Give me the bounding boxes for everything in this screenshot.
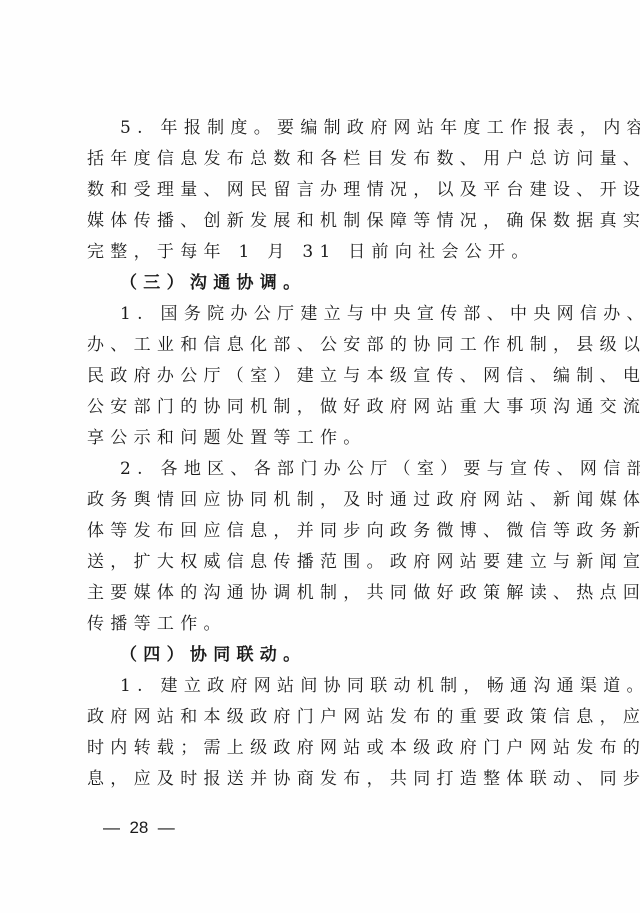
paragraph-4-1-line-4: 息，应及时报送并协商发布，共同打造整体联动、同步发声的政	[87, 764, 557, 795]
paragraph-3-1-line-3: 民政府办公厅（室）建立与本级宣传、网信、编制、电信主管和	[87, 361, 557, 392]
page-number: — 28 —	[103, 814, 175, 842]
paragraph-3-2-line-2: 政务舆情回应协同机制，及时通过政府网站、新闻媒体和网络媒	[87, 485, 557, 516]
paragraph-5-annual-report-line-5: 完整，于每年 1 月 31 日前向社会公开。	[87, 237, 557, 268]
paragraph-5-annual-report-line-1: 5. 年报制度。要编制政府网站年度工作报表，内容主要包	[120, 113, 590, 144]
paragraph-3-1-line-4: 公安部门的协同机制，做好政府网站重大事项沟通交流、信息共	[87, 392, 557, 423]
paragraph-4-1-line-3: 时内转载；需上级政府网站或本级政府门户网站发布的重要信	[87, 733, 557, 764]
paragraph-5-annual-report-line-2: 括年度信息发布总数和各栏目发布数、用户总访问量、服务事项	[87, 144, 557, 175]
paragraph-5-annual-report-line-4: 媒体传播、创新发展和机制保障等情况，确保数据真实、准确、	[87, 206, 557, 237]
paragraph-3-2-line-5: 主要媒体的沟通协调机制，共同做好政策解读、热点回应和网站	[87, 578, 557, 609]
document-page: 5. 年报制度。要编制政府网站年度工作报表，内容主要包 括年度信息发布总数和各栏…	[0, 0, 640, 913]
paragraph-3-1-line-5: 享公示和问题处置等工作。	[87, 423, 557, 454]
paragraph-3-2-line-6: 传播等工作。	[87, 609, 557, 640]
paragraph-3-1-line-1: 1. 国务院办公厅建立与中央宣传部、中央网信办、中央编	[120, 299, 590, 330]
paragraph-3-2-line-4: 送，扩大权威信息传播范围。政府网站要建立与新闻宣传部门及	[87, 547, 557, 578]
paragraph-3-2-line-1: 2. 各地区、各部门办公厅（室）要与宣传、网信部门建立	[120, 454, 590, 485]
paragraph-4-1-line-2: 政府网站和本级政府门户网站发布的重要政策信息，应在 12 小	[87, 702, 557, 733]
section-heading-coordination: （四）协同联动。	[120, 640, 590, 671]
section-heading-communication: （三）沟通协调。	[120, 268, 590, 299]
paragraph-5-annual-report-line-3: 数和受理量、网民留言办理情况，以及平台建设、开设专题、新	[87, 175, 557, 206]
paragraph-4-1-line-1: 1. 建立政府网站间协同联动机制，畅通沟通渠道。对上级	[120, 671, 590, 702]
paragraph-3-2-line-3: 体等发布回应信息，并同步向政务微博、微信等政务新媒体推	[87, 516, 557, 547]
paragraph-3-1-line-2: 办、工业和信息化部、公安部的协同工作机制，县级以上地方人	[87, 330, 557, 361]
